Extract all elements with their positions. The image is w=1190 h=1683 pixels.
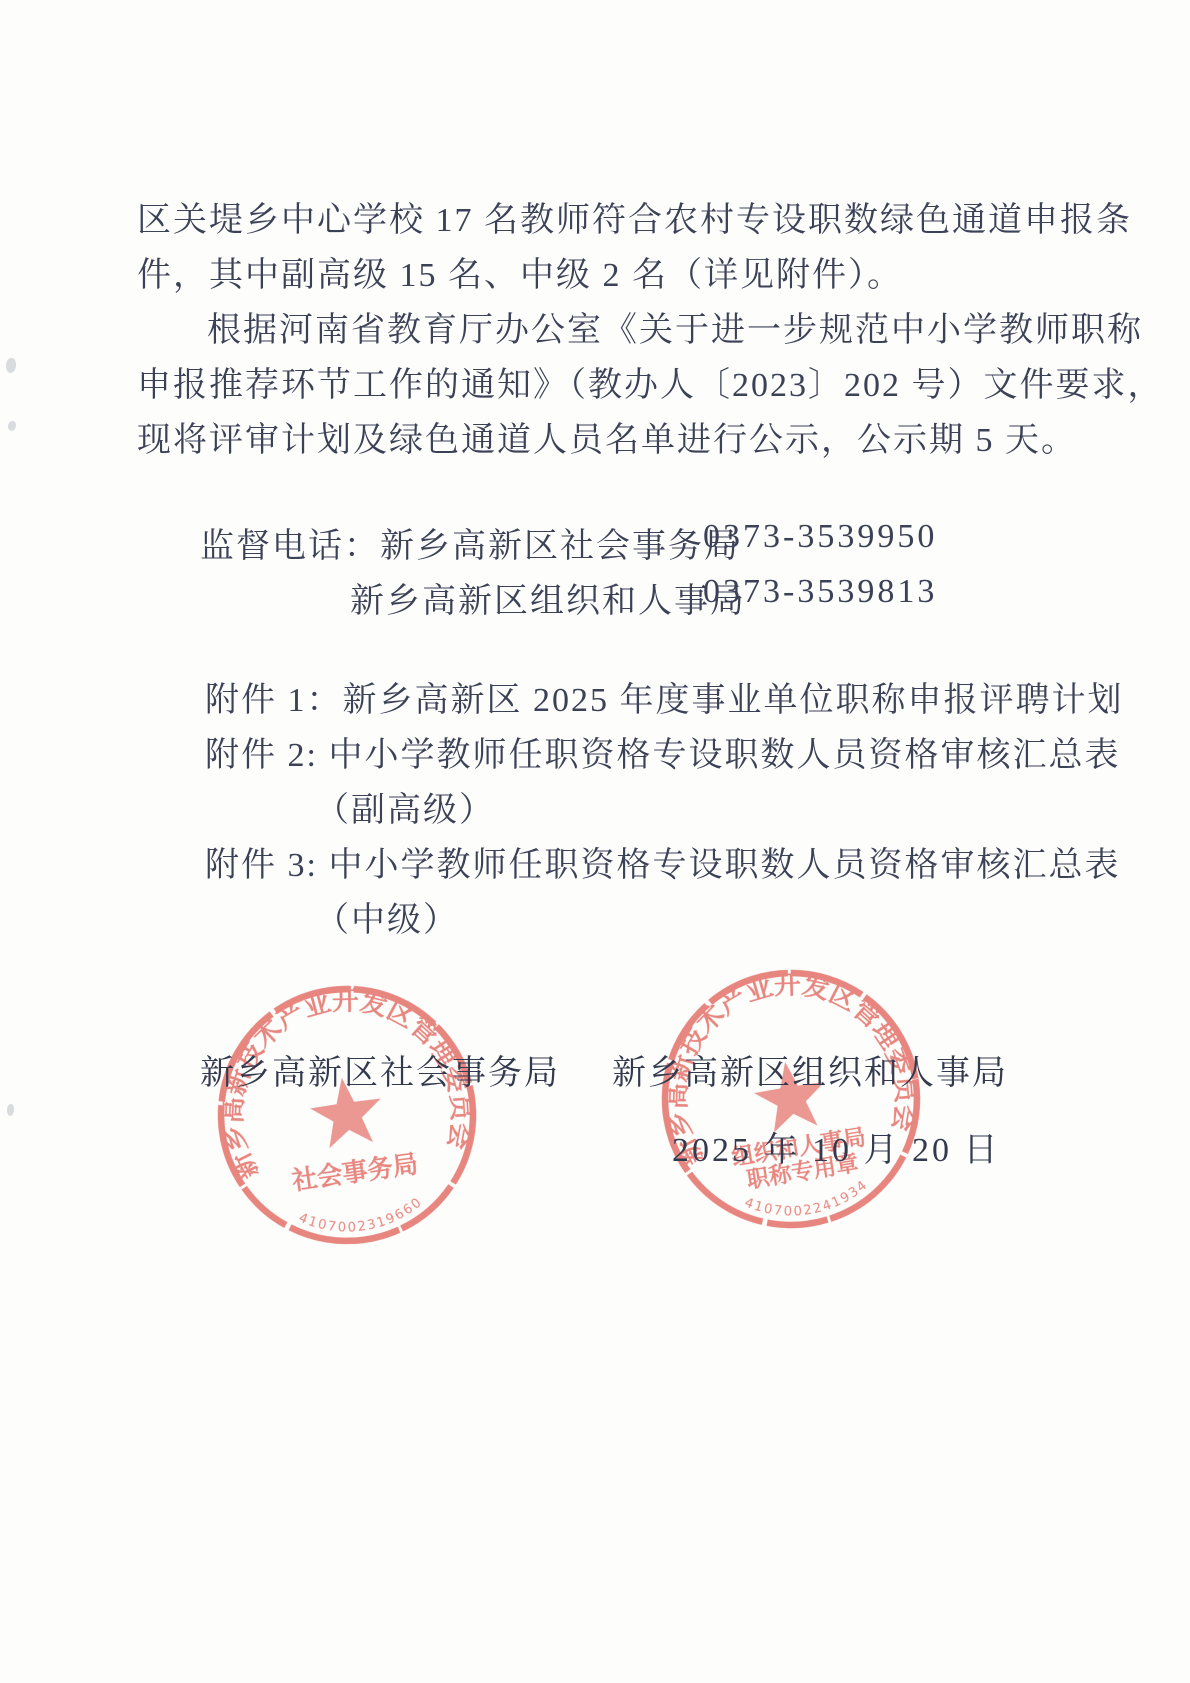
signature-right-org: 新乡高新区组织和人事局: [612, 1045, 1008, 1094]
seal-inner-text: 社会事务局: [289, 1149, 420, 1196]
official-seal-personnel-bureau: 新乡高新技术产业开发区管理委员会 组织和人事局 职称专用章 4107002241…: [630, 938, 953, 1261]
attachment-line-3b: （中级）: [315, 892, 459, 941]
body-paragraph1-line1: 区关堤乡中心学校 17 名教师符合农村专设职数绿色通道申报条: [137, 192, 1132, 241]
scan-artifact: [8, 421, 16, 431]
signature-date: 2025 年 10 月 20 日: [672, 1122, 1001, 1171]
contact-phone-2: 0373-3539813: [703, 573, 937, 611]
scan-artifact: [7, 1104, 14, 1116]
attachment-line-1: 附件 1：新乡高新区 2025 年度事业单位职称申报评聘计划: [205, 672, 1124, 721]
contact-org-1: 新乡高新区社会事务局: [380, 528, 740, 565]
contact-label: 监督电话：: [200, 528, 380, 565]
document-page: 区关堤乡中心学校 17 名教师符合农村专设职数绿色通道申报条 件，其中副高级 1…: [0, 0, 1190, 1683]
body-paragraph2-line1: 根据河南省教育厅办公室《关于进一步规范中小学教师职称: [207, 302, 1143, 351]
body-paragraph2-line3: 现将评审计划及绿色通道人员名单进行公示，公示期 5 天。: [137, 412, 1077, 461]
signature-left-org: 新乡高新区社会事务局: [200, 1045, 560, 1094]
attachment-line-2b: （副高级）: [315, 782, 495, 831]
body-paragraph2-line2: 申报推荐环节工作的通知》（教办人〔2023〕202 号）文件要求，: [137, 357, 1164, 406]
contact-org-2: 新乡高新区组织和人事局: [350, 573, 746, 622]
body-paragraph1-line2: 件，其中副高级 15 名、中级 2 名（详见附件）。: [137, 247, 903, 296]
contact-phone-1: 0373-3539950: [703, 518, 937, 556]
attachment-line-3: 附件 3: 中小学教师任职资格专设职数人员资格审核汇总表: [205, 837, 1120, 886]
contact-row-1: 监督电话：新乡高新区社会事务局: [200, 518, 740, 567]
official-seal-social-affairs: 新乡高新技术产业开发区管理委员会 社会事务局 4107002319660: [188, 956, 507, 1275]
attachment-line-2: 附件 2: 中小学教师任职资格专设职数人员资格审核汇总表: [205, 727, 1120, 776]
scan-artifact: [6, 358, 16, 373]
